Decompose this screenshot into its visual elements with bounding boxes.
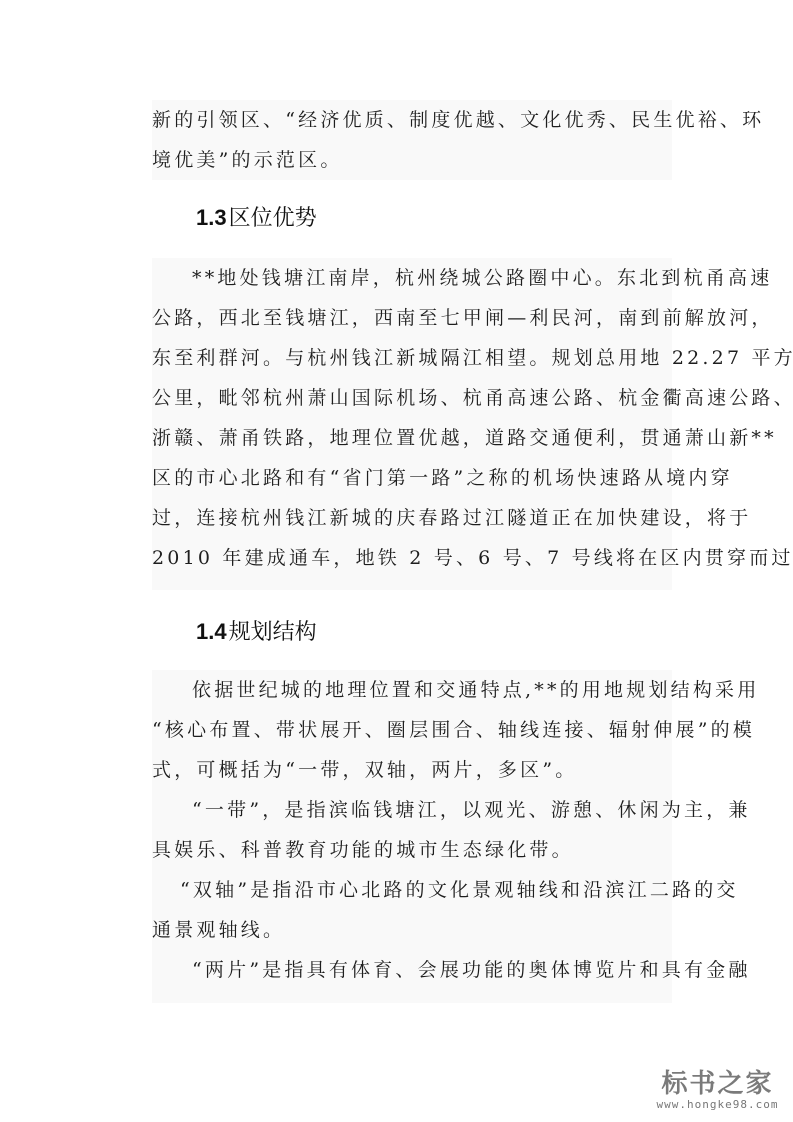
section-title: 区位优势 (229, 206, 317, 231)
text-line: 过，连接杭州钱江新城的庆春路过江隧道正在加快建设，将于 (152, 500, 751, 536)
text-line: 东至利群河。与杭州钱江新城隔江相望。规划总用地 22.27 平方 (152, 340, 793, 376)
section-heading-1-4: 1.4规划结构 (196, 617, 317, 647)
text-line: “两片”是指具有体育、会展功能的奥体博览片和具有金融 (192, 952, 751, 988)
watermark-url: www.hongke98.com (655, 1098, 780, 1111)
section-number: 1.3 (196, 205, 227, 230)
text-line: 浙赣、萧甬铁路，地理位置优越，道路交通便利，贯通萧山新** (152, 420, 777, 456)
text-line: 新的引领区、“经济优质、制度优越、文化优秀、民生优裕、环 (152, 102, 764, 138)
text-line: “双轴”是指沿市心北路的文化景观轴线和沿滨江二路的交 (180, 872, 739, 908)
text-line: 区的市心北路和有“省门第一路”之称的机场快速路从境内穿 (152, 460, 733, 496)
text-line: **地处钱塘江南岸，杭州绕城公路圈中心。东北到杭甬高速 (192, 260, 772, 296)
text-line: 境优美”的示范区。 (152, 142, 343, 178)
watermark-logo: 标书之家 www.hongke98.com (655, 1070, 780, 1111)
paragraph-block-location: **地处钱塘江南岸，杭州绕城公路圈中心。东北到杭甬高速 公路，西北至钱塘江，西南… (152, 258, 672, 590)
section-heading-1-3: 1.3区位优势 (196, 203, 317, 233)
text-line: 式，可概括为“一带，双轴，两片，多区”。 (152, 752, 577, 788)
text-line: “核心布置、带状展开、圈层围合、轴线连接、辐射伸展”的模 (152, 712, 755, 748)
text-line: 2010 年建成通车，地铁 2 号、6 号、7 号线将在区内贯穿而过。 (152, 540, 793, 576)
text-line: 依据世纪城的地理位置和交通特点,**的用地规划结构采用 (192, 672, 759, 708)
paragraph-block-structure: 依据世纪城的地理位置和交通特点,**的用地规划结构采用 “核心布置、带状展开、圈… (152, 670, 672, 1003)
text-line: 公路，西北至钱塘江，西南至七甲闸—利民河，南到前解放河， (152, 300, 774, 336)
text-line: 通景观轴线。 (152, 912, 285, 948)
section-title: 规划结构 (229, 620, 317, 645)
text-line: 具娱乐、科普教育功能的城市生态绿化带。 (152, 832, 574, 868)
document-page: 新的引领区、“经济优质、制度优越、文化优秀、民生优裕、环 境优美”的示范区。 1… (0, 0, 793, 1122)
section-number: 1.4 (196, 619, 227, 644)
text-line: “一带”，是指滨临钱塘江，以观光、游憩、休闲为主，兼 (192, 792, 751, 828)
watermark-title: 标书之家 (655, 1070, 780, 1098)
text-line: 公里，毗邻杭州萧山国际机场、杭甬高速公路、杭金衢高速公路、 (152, 380, 793, 416)
paragraph-block-intro: 新的引领区、“经济优质、制度优越、文化优秀、民生优裕、环 境优美”的示范区。 (152, 100, 672, 180)
